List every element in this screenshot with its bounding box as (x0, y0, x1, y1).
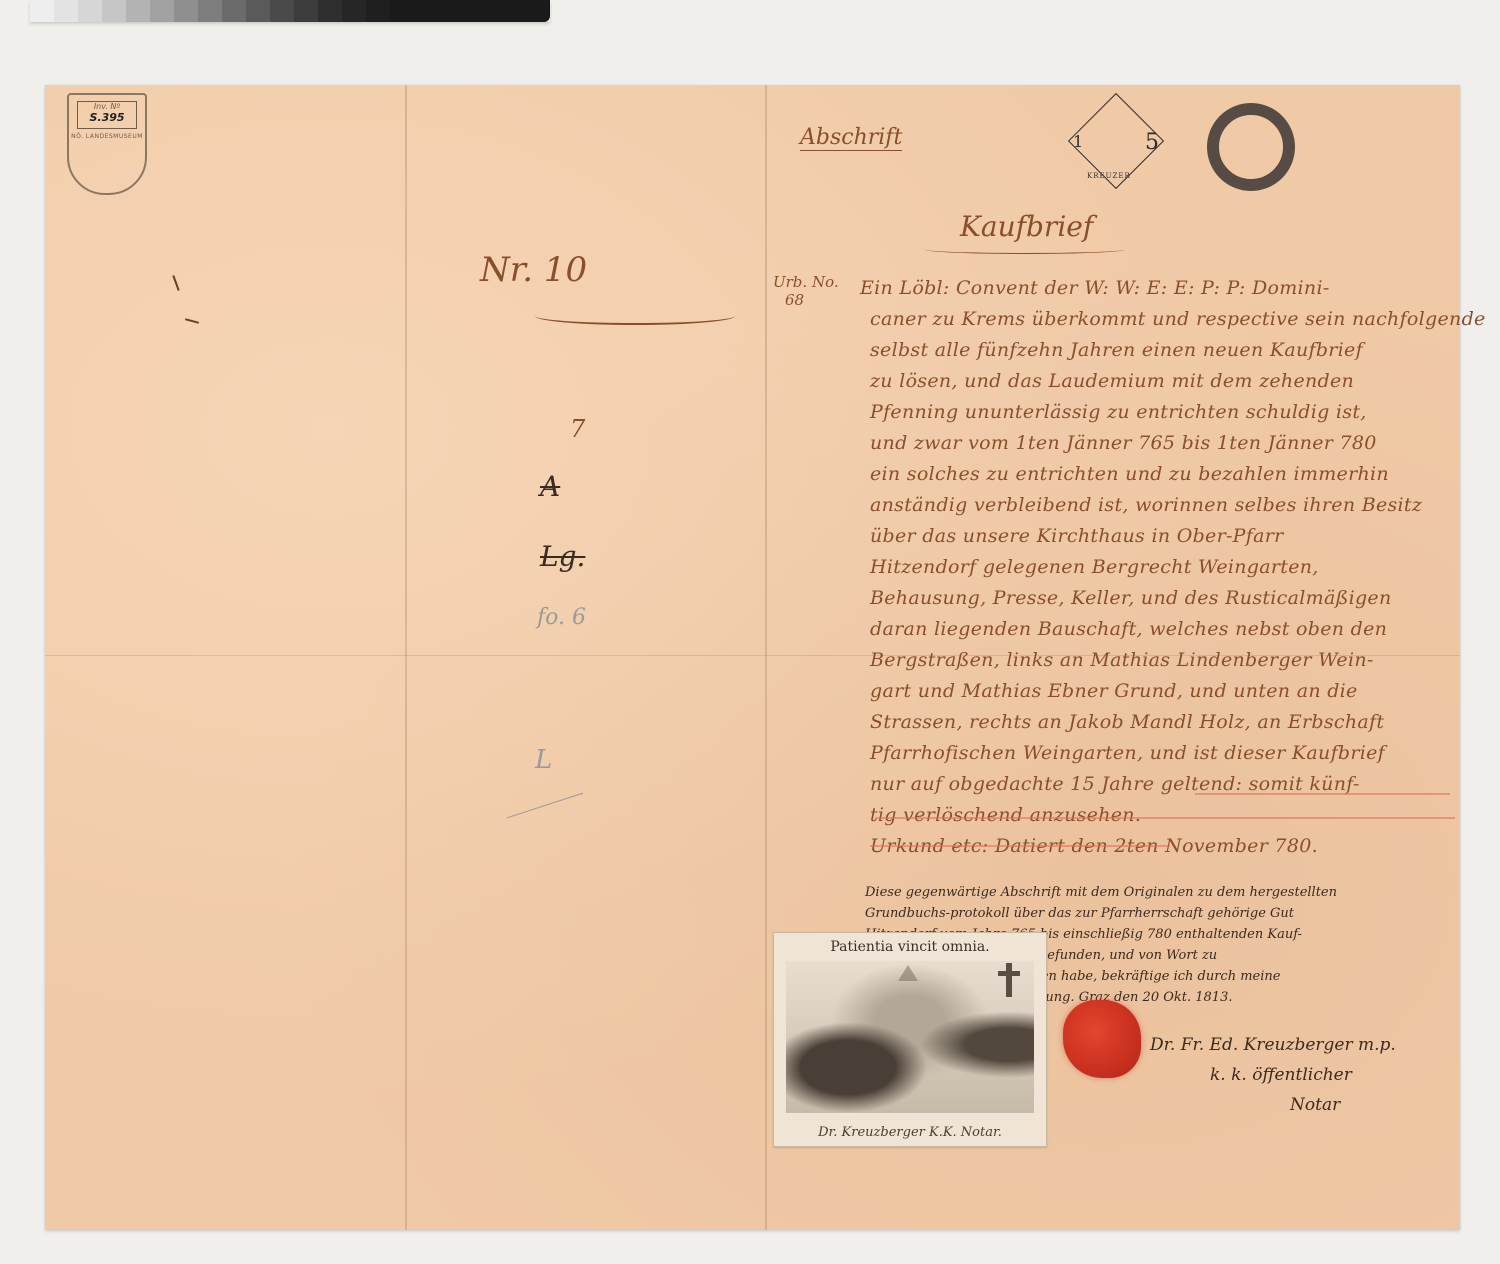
cross-icon (1006, 963, 1012, 997)
copy-label: Abschrift (800, 125, 902, 151)
notary-signature: Dr. Fr. Ed. Kreuzberger m.p. k. k. öffen… (1150, 1030, 1396, 1120)
inventory-number: S.395 (78, 111, 136, 124)
title-flourish (925, 245, 1125, 254)
calibration-swatch (198, 0, 222, 22)
folio-mark: Lg. (540, 540, 585, 573)
folio-flourish (535, 307, 735, 325)
ink-speck (172, 275, 179, 291)
signature-line: k. k. öffentlicher (1150, 1060, 1396, 1090)
fold-line-right (765, 85, 767, 1230)
color-calibration-strip (30, 0, 550, 22)
deed-text-line: ein solches zu entrichten und zu bezahle… (870, 463, 1389, 485)
deed-text-line: anständig verbleibend ist, worinnen selb… (870, 494, 1422, 516)
certification-text-line: Grundbuchs-protokoll über das zur Pfarrh… (865, 906, 1294, 921)
calibration-swatch (150, 0, 174, 22)
museum-inventory-stamp: Inv. Nº S.395 NÖ. LANDESMUSEUM (67, 93, 147, 195)
certification-text-line: Diese gegenwärtige Abschrift mit dem Ori… (865, 885, 1337, 900)
calibration-swatch (30, 0, 54, 22)
tax-stamp-currency: KREUZER (1087, 172, 1131, 180)
engraving-caption: Dr. Kreuzberger K.K. Notar. (774, 1125, 1046, 1140)
red-crayon-underline (1195, 793, 1450, 795)
calibration-swatch (390, 0, 550, 22)
ink-speck (185, 318, 199, 324)
red-wax-seal (1063, 1000, 1141, 1078)
calibration-swatch (246, 0, 270, 22)
margin-note-line: 68 (773, 291, 839, 309)
notary-seal-engraving: Patientia vincit omnia. Dr. Kreuzberger … (773, 932, 1047, 1147)
deed-text-line: selbst alle fünfzehn Jahren einen neuen … (870, 339, 1363, 361)
deed-text-line: Pfenning ununterlässig zu entrichten sch… (870, 401, 1367, 423)
calibration-swatch (78, 0, 102, 22)
deed-text-line: Strassen, rechts an Jakob Mandl Holz, an… (870, 711, 1384, 733)
deed-text-line: zu lösen, und das Laudemium mit dem zehe… (870, 370, 1354, 392)
calibration-swatch (318, 0, 342, 22)
deed-text-line: nur auf obgedachte 15 Jahre geltend: som… (870, 773, 1360, 795)
engraving-motto: Patientia vincit omnia. (774, 939, 1046, 955)
calibration-swatch (270, 0, 294, 22)
document-title: Kaufbrief (960, 210, 1093, 243)
red-crayon-underline (875, 817, 1455, 819)
engraving-scene (786, 961, 1034, 1113)
folio-mark: A (540, 470, 560, 503)
margin-note: Urb. No. 68 (773, 273, 839, 309)
museum-stamp-rim-text: NÖ. LANDESMUSEUM (69, 131, 145, 143)
circular-cancel-stamp (1207, 103, 1295, 191)
eye-of-providence-icon (898, 965, 918, 981)
tax-stamp-value-left: 1 (1073, 132, 1083, 151)
deed-text-line: tig verlöschend anzusehen. (870, 804, 1141, 826)
pencil-mark: L (535, 745, 552, 775)
fold-line-left (405, 85, 407, 1230)
signature-line: Notar (1150, 1090, 1396, 1120)
calibration-swatch (222, 0, 246, 22)
deed-text-line: Behausung, Presse, Keller, und des Rusti… (870, 587, 1392, 609)
tax-stamp-15-kreuzer: 1 5 KREUZER (1068, 93, 1164, 189)
folio-number: Nr. 10 (480, 250, 587, 290)
deed-text-line: Pfarrhofischen Weingarten, und ist diese… (870, 742, 1385, 764)
calibration-swatch (126, 0, 150, 22)
deed-text-line: und zwar vom 1ten Jänner 765 bis 1ten Jä… (870, 432, 1377, 454)
folio-mark: 7 (570, 415, 585, 443)
calibration-swatch (294, 0, 318, 22)
margin-note-line: Urb. No. (773, 273, 839, 291)
pencil-stroke (507, 793, 583, 819)
document-sheet: Inv. Nº S.395 NÖ. LANDESMUSEUM Nr. 10 7 … (45, 85, 1460, 1230)
pencil-mark: fo. 6 (537, 605, 586, 630)
deed-text-line: Bergstraßen, links an Mathias Lindenberg… (870, 649, 1374, 671)
signature-line: Dr. Fr. Ed. Kreuzberger m.p. (1150, 1030, 1396, 1060)
deed-text-line: gart und Mathias Ebner Grund, und unten … (870, 680, 1358, 702)
calibration-swatch (54, 0, 78, 22)
tax-stamp-value-right: 5 (1145, 130, 1159, 155)
deed-text-line: caner zu Krems überkommt und respective … (870, 308, 1486, 330)
calibration-swatch (102, 0, 126, 22)
deed-text-line: daran liegenden Bauschaft, welches nebst… (870, 618, 1387, 640)
inventory-label: Inv. Nº (78, 102, 136, 111)
red-crayon-underline (870, 845, 1170, 847)
calibration-swatch (366, 0, 390, 22)
deed-text-line: Ein Löbl: Convent der W: W: E: E: P: P: … (860, 277, 1330, 299)
calibration-swatch (342, 0, 366, 22)
deed-text-line: Hitzendorf gelegenen Bergrecht Weingarte… (870, 556, 1319, 578)
calibration-swatch (174, 0, 198, 22)
deed-text-line: über das unsere Kirchthaus in Ober-Pfarr (870, 525, 1284, 547)
